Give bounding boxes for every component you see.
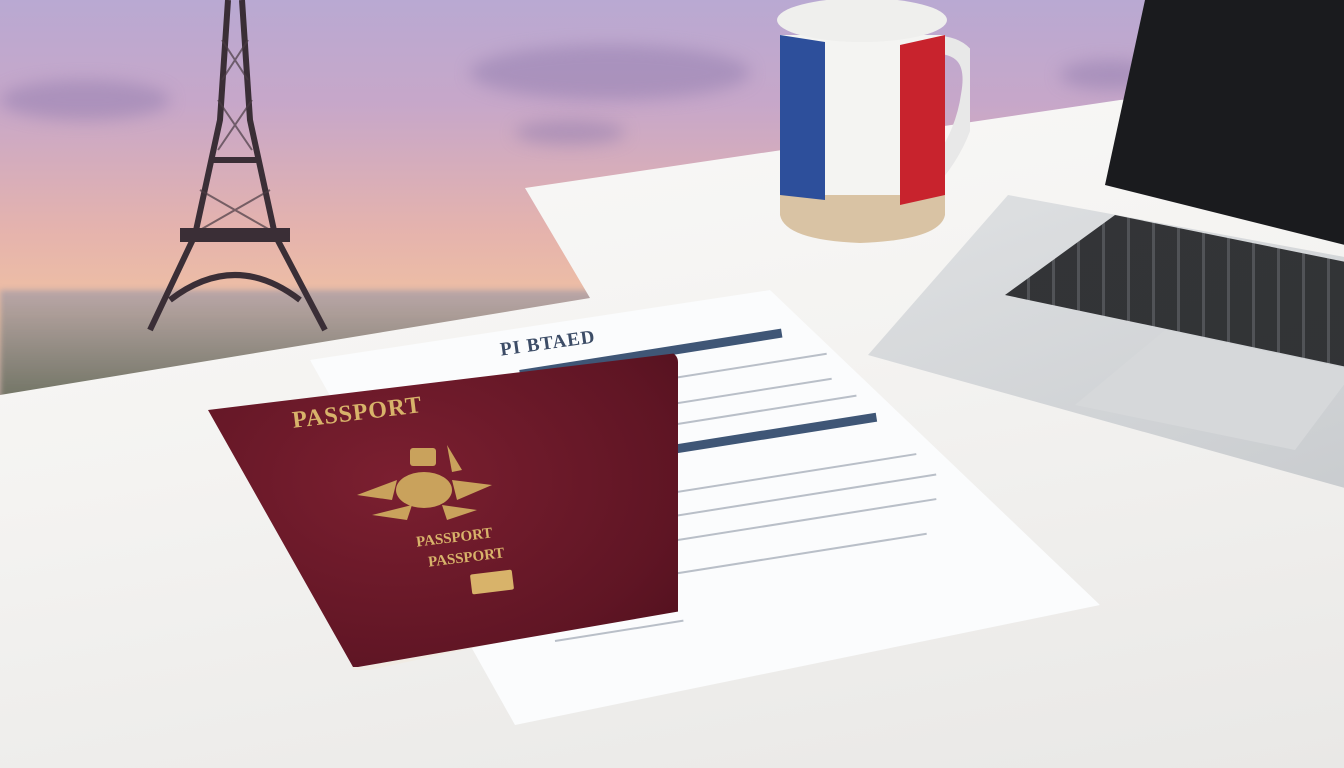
coat-of-arms-icon bbox=[352, 440, 497, 530]
photo-scene: PI BTAED U BEARUS PASSPORT PASSPORT PASS… bbox=[0, 0, 1344, 768]
eiffel-tower-icon bbox=[110, 0, 360, 360]
french-flag-mug bbox=[775, 0, 970, 245]
